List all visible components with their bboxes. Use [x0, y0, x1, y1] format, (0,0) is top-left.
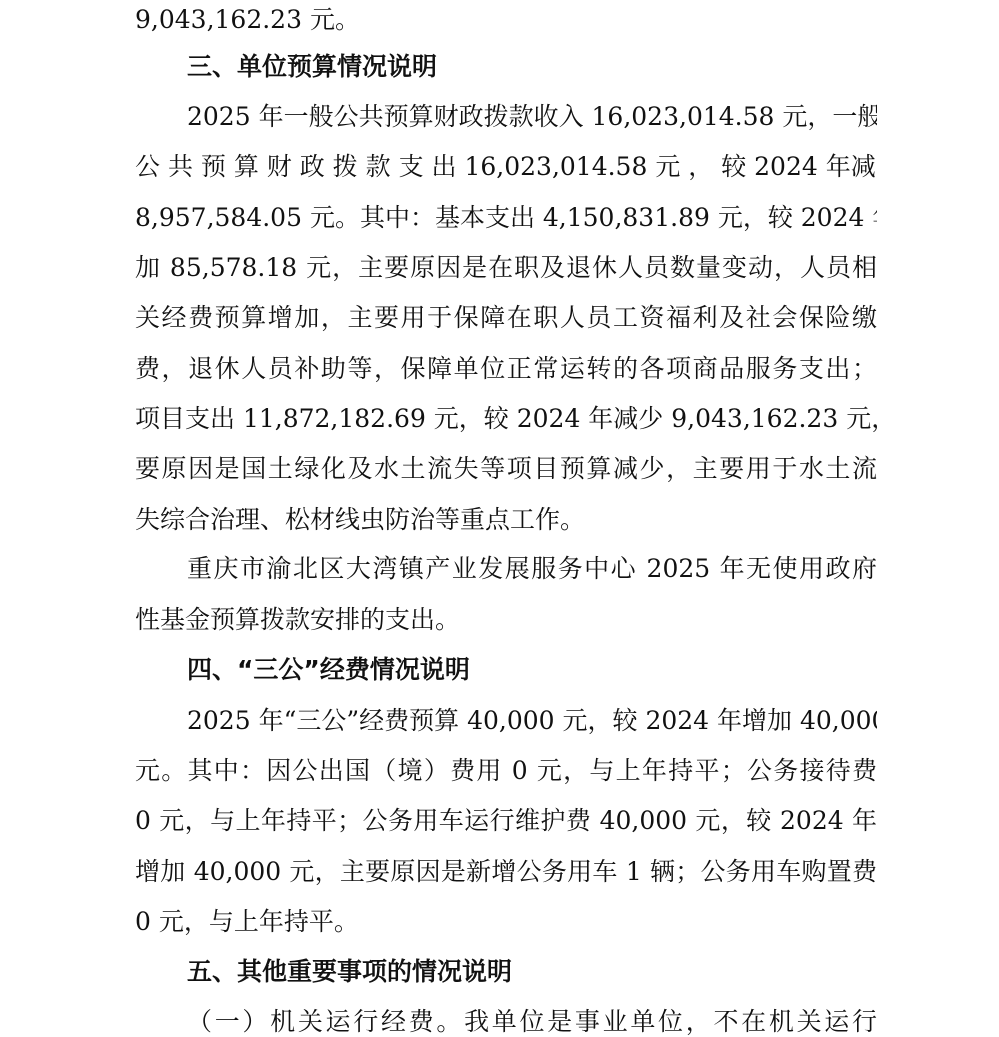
text-line: 元。其中：因公出国（境）费用 0 元，与上年持平；公务接待费: [135, 751, 877, 791]
text-line: 项目支出 11,872,182.69 元，较 2024 年减少 9,043,16…: [135, 399, 877, 439]
text-line: 增加 40,000 元，主要原因是新增公务用车 1 辆；公务用车购置费: [135, 852, 877, 892]
section-heading-4: 四、“三公”经费情况说明: [187, 650, 877, 690]
text-line: 性基金预算拨款安排的支出。: [135, 600, 877, 640]
text-line: 0 元，与上年持平；公务用车运行维护费 40,000 元，较 2024 年: [135, 801, 877, 841]
text-line: 0 元，与上年持平。: [135, 902, 877, 942]
text-line: 2025 年“三公”经费预算 40,000 元，较 2024 年增加 40,00…: [187, 701, 877, 741]
text-line: 2025 年一般公共预算财政拨款收入 16,023,014.58 元，一般: [187, 97, 877, 137]
text-line: 公 共 预 算 财 政 拨 款 支 出 16,023,014.58 元 ， 较 …: [135, 147, 877, 187]
text-line: 关经费预算增加，主要用于保障在职人员工资福利及社会保险缴: [135, 298, 877, 338]
text-line-continuation: 9,043,162.23 元。: [135, 0, 877, 40]
text-line: 要原因是国土绿化及水土流失等项目预算减少，主要用于水土流: [135, 449, 877, 489]
text-line: 8,957,584.05 元。其中：基本支出 4,150,831.89 元，较 …: [135, 198, 877, 238]
section-heading-3: 三、单位预算情况说明: [187, 47, 877, 87]
text-line: （一）机关运行经费。我单位是事业单位，不在机关运行: [187, 1002, 877, 1037]
text-line: 重庆市渝北区大湾镇产业发展服务中心 2025 年无使用政府: [187, 549, 877, 589]
text-line: 费，退休人员补助等，保障单位正常运转的各项商品服务支出；: [135, 349, 877, 389]
section-heading-5: 五、其他重要事项的情况说明: [187, 952, 877, 992]
text-line: 加 85,578.18 元，主要原因是在职及退休人员数量变动，人员相: [135, 248, 877, 288]
text-line: 失综合治理、松材线虫防治等重点工作。: [135, 500, 877, 540]
